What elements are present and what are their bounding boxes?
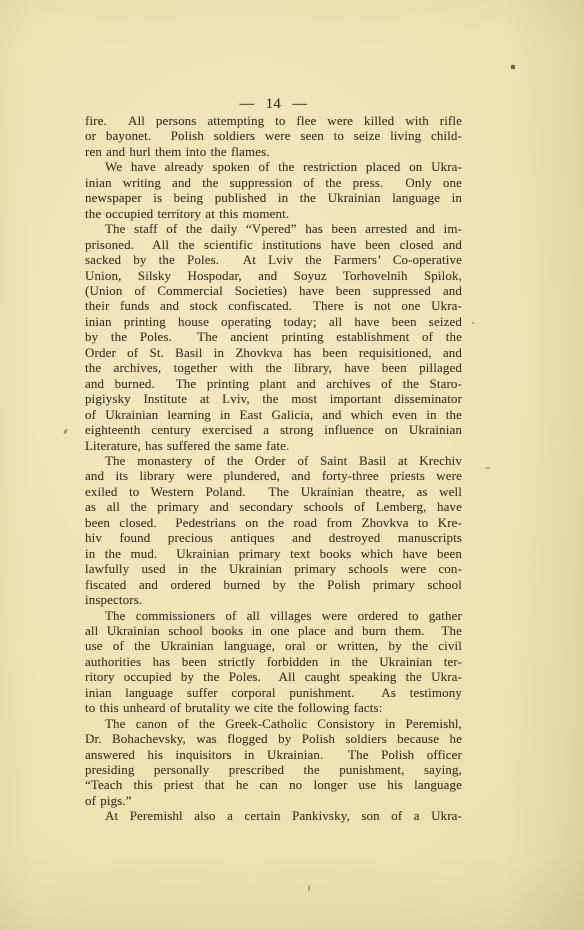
text-line: fiscated and ordered burned by the Polis… (85, 577, 462, 592)
text-line: their funds and stock confiscated. There… (85, 298, 462, 313)
text-line: fire. All persons attempting to flee wer… (85, 113, 462, 128)
text-line: The staff of the daily “Vpered” has been… (85, 221, 462, 236)
text-line: the archives, together with the library,… (85, 360, 462, 375)
text-line: to this unheard of brutality we cite the… (85, 700, 462, 715)
paper-speck (63, 429, 68, 435)
text-block: fire. All persons attempting to flee wer… (85, 113, 462, 824)
text-line: newspaper is being published in the Ukra… (85, 190, 462, 205)
text-line: The canon of the Greek-Catholic Consisto… (85, 716, 462, 731)
text-line: in the mud. Ukrainian primary text books… (85, 546, 462, 561)
text-line: Union, Silsky Hospodar, and Soyuz Torhov… (85, 268, 462, 283)
text-line: The monastery of the Order of Saint Basi… (85, 453, 462, 468)
text-line: presiding personally prescribed the puni… (85, 762, 462, 777)
paper-speck (511, 65, 515, 69)
text-line: all Ukrainian school books in one place … (85, 623, 462, 638)
page-content: — 14 — fire. All persons attempting to f… (85, 95, 462, 824)
text-line: “Teach this priest that he can no longer… (85, 777, 462, 792)
text-line: Dr. Bohachevsky, was flogged by Polish s… (85, 731, 462, 746)
text-line: of Ukrainian learning in East Galicia, a… (85, 407, 462, 422)
text-line: inian language suffer corporal punishmen… (85, 685, 462, 700)
text-line: or bayonet. Polish soldiers were seen to… (85, 128, 462, 143)
text-line: use of the Ukrainian language, oral or w… (85, 638, 462, 653)
paper-speck (308, 885, 311, 891)
text-line: ritory occupied by the Poles. All caught… (85, 669, 462, 684)
text-line: answered his inquisitors in Ukrainian. T… (85, 747, 462, 762)
text-line: inian writing and the suppression of the… (85, 175, 462, 190)
text-line: of pigs.” (85, 793, 462, 808)
book-page: — 14 — fire. All persons attempting to f… (0, 0, 584, 930)
text-line: hiv found precious antiques and destroye… (85, 530, 462, 545)
text-line: prisoned. All the scientific institution… (85, 237, 462, 252)
text-line: (Union of Commercial Societies) have bee… (85, 283, 462, 298)
text-line: as all the primary and secondary schools… (85, 499, 462, 514)
text-line: and its library were plundered, and fort… (85, 468, 462, 483)
text-line: The commissioners of all villages were o… (85, 608, 462, 623)
text-line: Order of St. Basil in Zhovkva has been r… (85, 345, 462, 360)
paper-speck (472, 322, 474, 324)
text-line: the occupied territory at this moment. (85, 206, 462, 221)
text-line: by the Poles. The ancient printing estab… (85, 329, 462, 344)
text-line: sacked by the Poles. At Lviv the Farmers… (85, 252, 462, 267)
text-line: At Peremishl also a certain Pankivsky, s… (85, 808, 462, 823)
text-line: exiled to Western Poland. The Ukrainian … (85, 484, 462, 499)
text-line: authorities has been strictly forbidden … (85, 654, 462, 669)
text-line: been closed. Pedestrians on the road fro… (85, 515, 462, 530)
text-line: We have already spoken of the restrictio… (85, 159, 462, 174)
text-line: and burned. The printing plant and archi… (85, 376, 462, 391)
text-line: inian printing house operating today; al… (85, 314, 462, 329)
page-number: — 14 — (85, 95, 462, 113)
text-line: lawfully used in the Ukrainian primary s… (85, 561, 462, 576)
text-line: inspectors. (85, 592, 462, 607)
text-line: pigiysky Institute at Lviv, the most imp… (85, 391, 462, 406)
text-line: ren and hurl them into the flames. (85, 144, 462, 159)
text-line: eighteenth century exercised a strong in… (85, 422, 462, 437)
paper-speck (485, 467, 490, 470)
text-line: Literature, has suffered the same fate. (85, 438, 462, 453)
